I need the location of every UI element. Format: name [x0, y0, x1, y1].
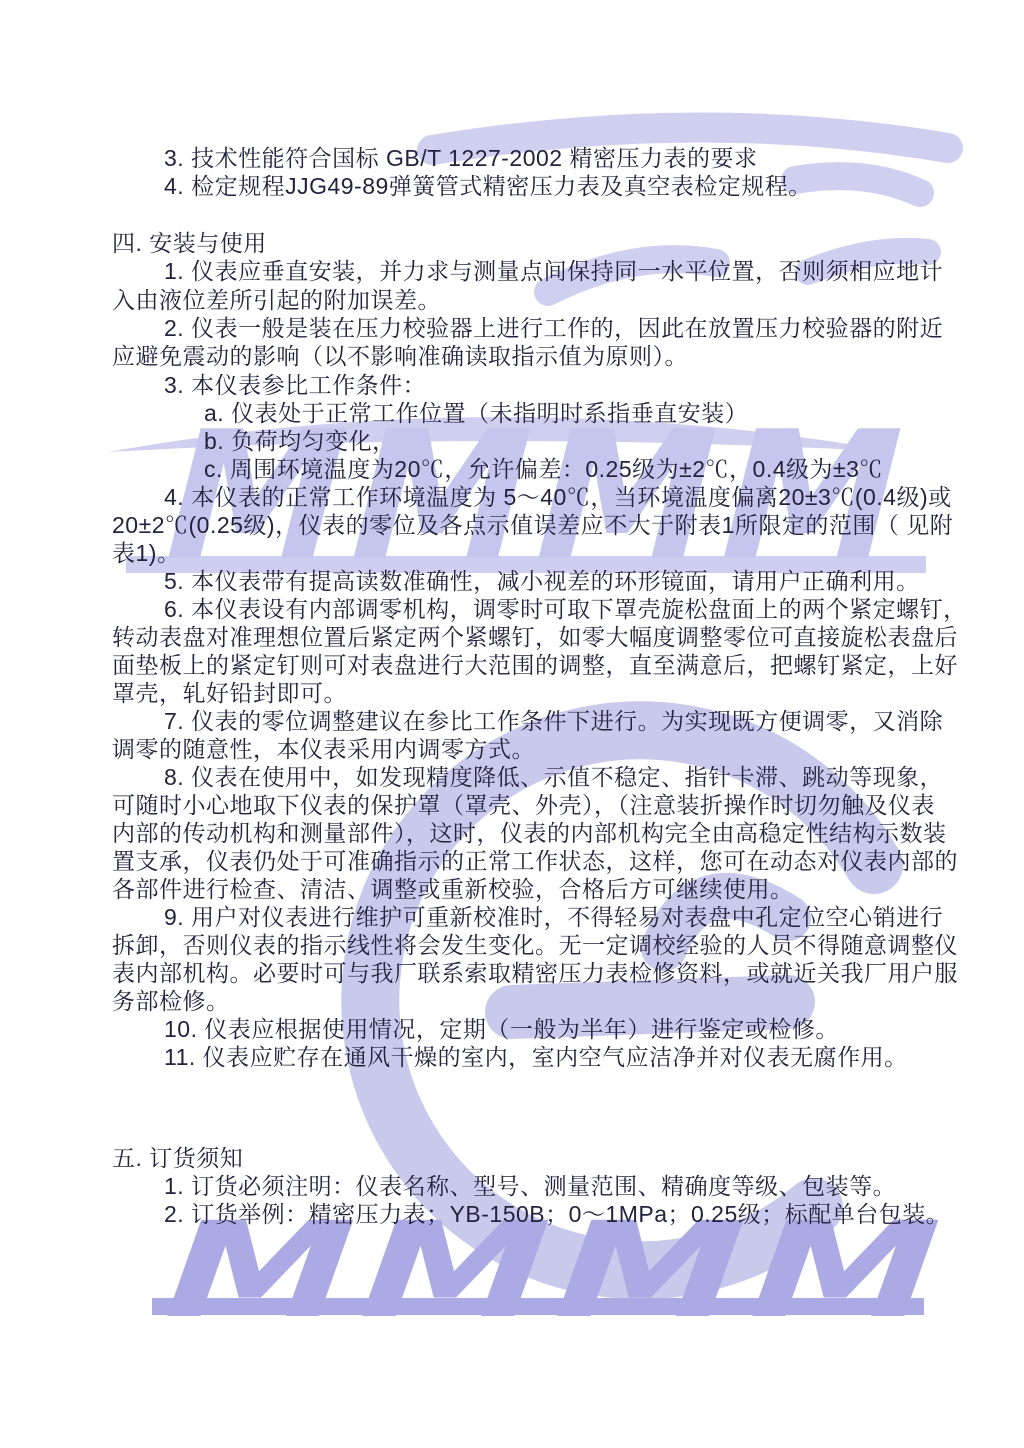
text-line: 入由液位差所引起的附加误差。	[112, 287, 441, 313]
text-line: 4. 检定规程JJG49-89弹簧管式精密压力表及真空表检定规程。	[164, 173, 812, 199]
text-line: 拆卸，否则仪表的指示线性将会发生变化。无一定调校经验的人员不得随意调整仪	[112, 932, 958, 958]
text-line: 应避免震动的影响（以不影响准确读取指示值为原则）。	[112, 343, 688, 369]
text-line: 20±2℃(0.25级)，仪表的零位及各点示值误差应不大于附表1所限定的范围（ …	[112, 512, 953, 538]
text-line: 1. 订货必须注明：仪表名称、型号、测量范围、精确度等级、包装等。	[164, 1173, 896, 1199]
text-line: 3. 技术性能符合国标 GB/T 1227-2002 精密压力表的要求	[164, 145, 758, 171]
text-line: 内部的传动机构和测量部件），这时，仪表的内部机构完全由高稳定性结构示数装	[112, 820, 947, 846]
text-line: 7. 仪表的零位调整建议在参比工作条件下进行。为实现既方便调零，又消除	[164, 708, 943, 734]
text-line: 置支承，仪表仍处于可准确指示的正常工作状态，这样，您可在动态对仪表内部的	[112, 848, 958, 874]
text-line: 9. 用户对仪表进行维护可重新校准时，不得轻易对表盘中孔定位空心销进行	[164, 904, 943, 930]
text-line: 8. 仪表在使用中，如发现精度降低、示值不稳定、指针卡滞、跳动等现象，	[164, 764, 943, 790]
document-page: MMMM MMMM 3. 技术性能符合国标 GB/T 1227-2002 精密压…	[0, 0, 1024, 1448]
text-line: 各部件进行检查、清洁、调整或重新校验，合格后方可继续使用。	[112, 876, 794, 902]
text-line: 1. 仪表应垂直安装，并力求与测量点间保持同一水平位置，否则须相应地计	[164, 258, 943, 284]
text-line: 2. 仪表一般是装在压力校验器上进行工作的，因此在放置压力校验器的附近	[164, 315, 943, 341]
text-line: b. 负荷均匀变化，	[204, 428, 396, 454]
text-line: 表内部机构。必要时可与我厂联系索取精密压力表检修资料，或就近关我厂用户服	[112, 960, 958, 986]
text-line: c. 周围环境温度为20℃，允许偏差：0.25级为±2℃，0.4级为±3℃	[204, 456, 883, 482]
text-line: a. 仪表处于正常工作位置（未指明时系指垂直安装）	[204, 400, 748, 426]
text-line: 表1)。	[112, 540, 180, 566]
text-line: 2. 订货举例：精密压力表；YB-150B；0～1MPa；0.25级；标配单台包…	[164, 1201, 949, 1227]
text-line: 3. 本仪表参比工作条件：	[164, 372, 426, 398]
text-line: 5. 本仪表带有提高读数准确性，减小视差的环形镜面，请用户正确利用。	[164, 568, 920, 594]
text-line: 11. 仪表应贮存在通风干燥的室内，室内空气应洁净并对仪表无腐作用。	[164, 1044, 908, 1070]
section-heading: 四. 安装与使用	[112, 230, 267, 256]
section-heading: 五. 订货须知	[112, 1145, 243, 1171]
document-text: 3. 技术性能符合国标 GB/T 1227-2002 精密压力表的要求4. 检定…	[0, 0, 1024, 1448]
text-line: 调零的随意性，本仪表采用内调零方式。	[112, 736, 535, 762]
text-line: 务部检修。	[112, 988, 230, 1014]
text-line: 6. 本仪表设有内部调零机构，调零时可取下罩壳旋松盘面上的两个紧定螺钉，	[164, 596, 967, 622]
text-line: 4. 本仪表的正常工作环境温度为 5～40℃，当环境温度偏离20±3℃(0.4级…	[164, 484, 952, 510]
text-line: 面垫板上的紧定钉则可对表盘进行大范围的调整，直至满意后，把螺钉紧定，上好	[112, 652, 958, 678]
text-line: 罩壳，轧好铅封即可。	[112, 680, 347, 706]
text-line: 转动表盘对准理想位置后紧定两个紧螺钉，如零大幅度调整零位可直接旋松表盘后	[112, 624, 958, 650]
text-line: 可随时小心地取下仪表的保护罩（罩壳、外壳），（注意装折操作时切勿触及仪表	[112, 792, 935, 818]
text-line: 10. 仪表应根据使用情况，定期（一般为半年）进行鉴定或检修。	[164, 1016, 839, 1042]
